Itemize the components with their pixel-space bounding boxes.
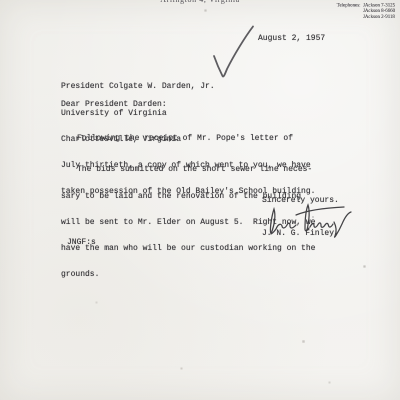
telephones-label: Telephones: <box>337 3 361 20</box>
recipient-line: University of Virginia <box>61 110 215 119</box>
body-line: grounds. <box>61 271 315 280</box>
telephone-number: JAckson 2-9118 <box>363 14 395 20</box>
body-line: Following the receipt of Mr. Pope's lett… <box>61 135 315 144</box>
typed-signature-name: J. N. G. Finley <box>262 230 334 239</box>
scanned-letter-page: { "letter": { "letterhead_fragment": "Ar… <box>0 0 400 400</box>
reference-initials: JNGF:s <box>67 239 96 248</box>
telephone-numbers: JAckson 7-3125 JAckson 8-6660 JAckson 2-… <box>363 3 395 20</box>
telephones-block: Telephones: JAckson 7-3125 JAckson 8-666… <box>337 3 395 20</box>
recipient-line: President Colgate W. Darden, Jr. <box>61 83 215 92</box>
letter-date: August 2, 1957 <box>258 35 325 44</box>
salutation: Dear President Darden: <box>61 101 167 110</box>
body-line: have the man who will be our custodian w… <box>61 245 315 254</box>
handwritten-checkmark-icon <box>208 20 260 82</box>
body-line: The bids submitted on the short sewer li… <box>61 166 315 175</box>
